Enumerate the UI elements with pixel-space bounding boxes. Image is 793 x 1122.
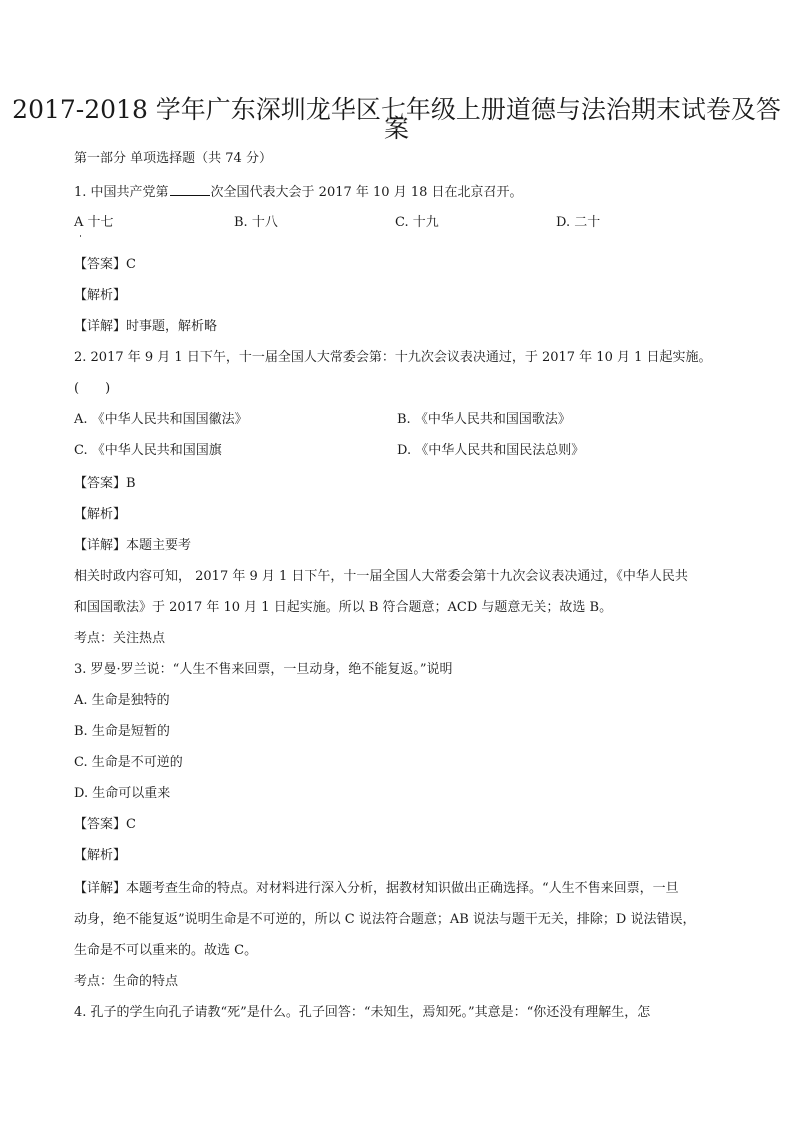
stray-mark bbox=[80, 235, 81, 237]
question-2-detail: 【详解】本题主要考 bbox=[74, 537, 191, 555]
question-3-answer: 【答案】C bbox=[74, 816, 136, 834]
question-2-option-c: C. 《中华人民共和国国旗 bbox=[74, 442, 222, 460]
question-2-kaodian: 考点：关注热点 bbox=[74, 630, 165, 648]
question-3-option-b: B. 生命是短暂的 bbox=[74, 723, 170, 741]
question-3-option-d: D. 生命可以重来 bbox=[74, 785, 170, 803]
question-2-answer: 【答案】B bbox=[74, 475, 136, 493]
question-2-option-d: D. 《中华人民共和国民法总则》 bbox=[397, 442, 584, 460]
question-3-detail-line3: 生命是不可以重来的。故选 C。 bbox=[74, 942, 257, 960]
question-1-stem-part2: 次全国代表大会于 2017 年 10 月 18 日在北京召开。 bbox=[211, 185, 523, 200]
question-3-detail-line1: 【详解】本题考查生命的特点。对材料进行深入分析，据教材知识做出正确选择。“人生不… bbox=[74, 880, 679, 898]
question-2-option-a: A. 《中华人民共和国国徽法》 bbox=[74, 411, 248, 429]
question-1-option-d: D. 二十 bbox=[556, 214, 600, 232]
question-1-stem-part1: 1. 中国共产党第 bbox=[74, 185, 169, 200]
question-2-analysis-label: 【解析】 bbox=[74, 506, 126, 524]
question-1-analysis-label: 【解析】 bbox=[74, 287, 126, 305]
question-3-kaodian: 考点：生命的特点 bbox=[74, 973, 178, 991]
document-title-line2-text: 案 bbox=[384, 114, 409, 143]
question-1-answer: 【答案】C bbox=[74, 256, 136, 274]
question-1-option-a: A 十七 bbox=[74, 214, 114, 232]
question-1-stem: 1. 中国共产党第次全国代表大会于 2017 年 10 月 18 日在北京召开。 bbox=[74, 183, 523, 202]
question-2-option-b: B. 《中华人民共和国国歌法》 bbox=[397, 411, 571, 429]
question-4-stem: 4. 孔子的学生向孔子请教“死”是什么。孔子回答：“未知生，焉知死。”其意是：“… bbox=[74, 1004, 650, 1022]
question-1-option-b: B. 十八 bbox=[234, 214, 278, 232]
answer-blank bbox=[170, 183, 210, 196]
question-3-option-a: A. 生命是独特的 bbox=[74, 692, 170, 710]
question-3-detail-line2: 动身，绝不能复返”说明生命是不可逆的，所以 C 说法符合题意；AB 说法与题干无… bbox=[74, 911, 696, 929]
document-title-line2: 案 bbox=[0, 114, 793, 144]
question-2-stem: 2. 2017 年 9 月 1 日下午，十一届全国人大常委会第：十九次会议表决通… bbox=[74, 349, 712, 367]
question-1-detail: 【详解】时事题，解析略 bbox=[74, 318, 217, 336]
question-3-option-c: C. 生命是不可逆的 bbox=[74, 754, 183, 772]
question-2-detail-line2: 相关时政内容可知， 2017 年 9 月 1 日下午，十一届全国人大常委会第十九… bbox=[74, 568, 688, 586]
question-3-analysis-label: 【解析】 bbox=[74, 847, 126, 865]
section-heading: 第一部分 单项选择题（共 74 分） bbox=[74, 150, 272, 168]
question-3-stem: 3. 罗曼·罗兰说：“人生不售来回票，一旦动身，绝不能复返。”说明 bbox=[74, 661, 452, 679]
question-2-stem-paren: ( ) bbox=[74, 380, 110, 398]
question-2-detail-line3: 和国国歌法》于 2017 年 10 月 1 日起实施。所以 B 符合题意；ACD… bbox=[74, 599, 612, 617]
question-1-option-c: C. 十九 bbox=[395, 214, 439, 232]
